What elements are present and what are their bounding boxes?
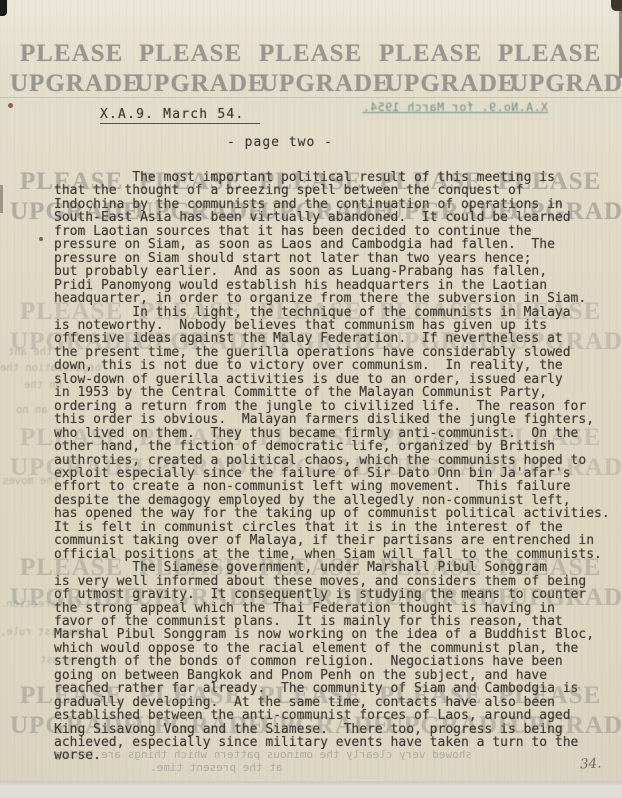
paper-sheet: PLEASEPLEASEPLEASEPLEASEPLEASEUPGRADEUPG… xyxy=(0,0,622,781)
body-text: The most important political result of t… xyxy=(54,171,616,763)
typewritten-content: X.A.9. March 54. - page two - The most i… xyxy=(0,0,622,781)
scanner-background xyxy=(0,781,622,798)
page-label: - page two - xyxy=(200,135,360,150)
scanned-document-page: PLEASEPLEASEPLEASEPLEASEPLEASEUPGRADEUPG… xyxy=(0,0,622,798)
document-reference: X.A.9. March 54. xyxy=(100,107,260,124)
page-number-annotation: 34. xyxy=(580,755,602,772)
